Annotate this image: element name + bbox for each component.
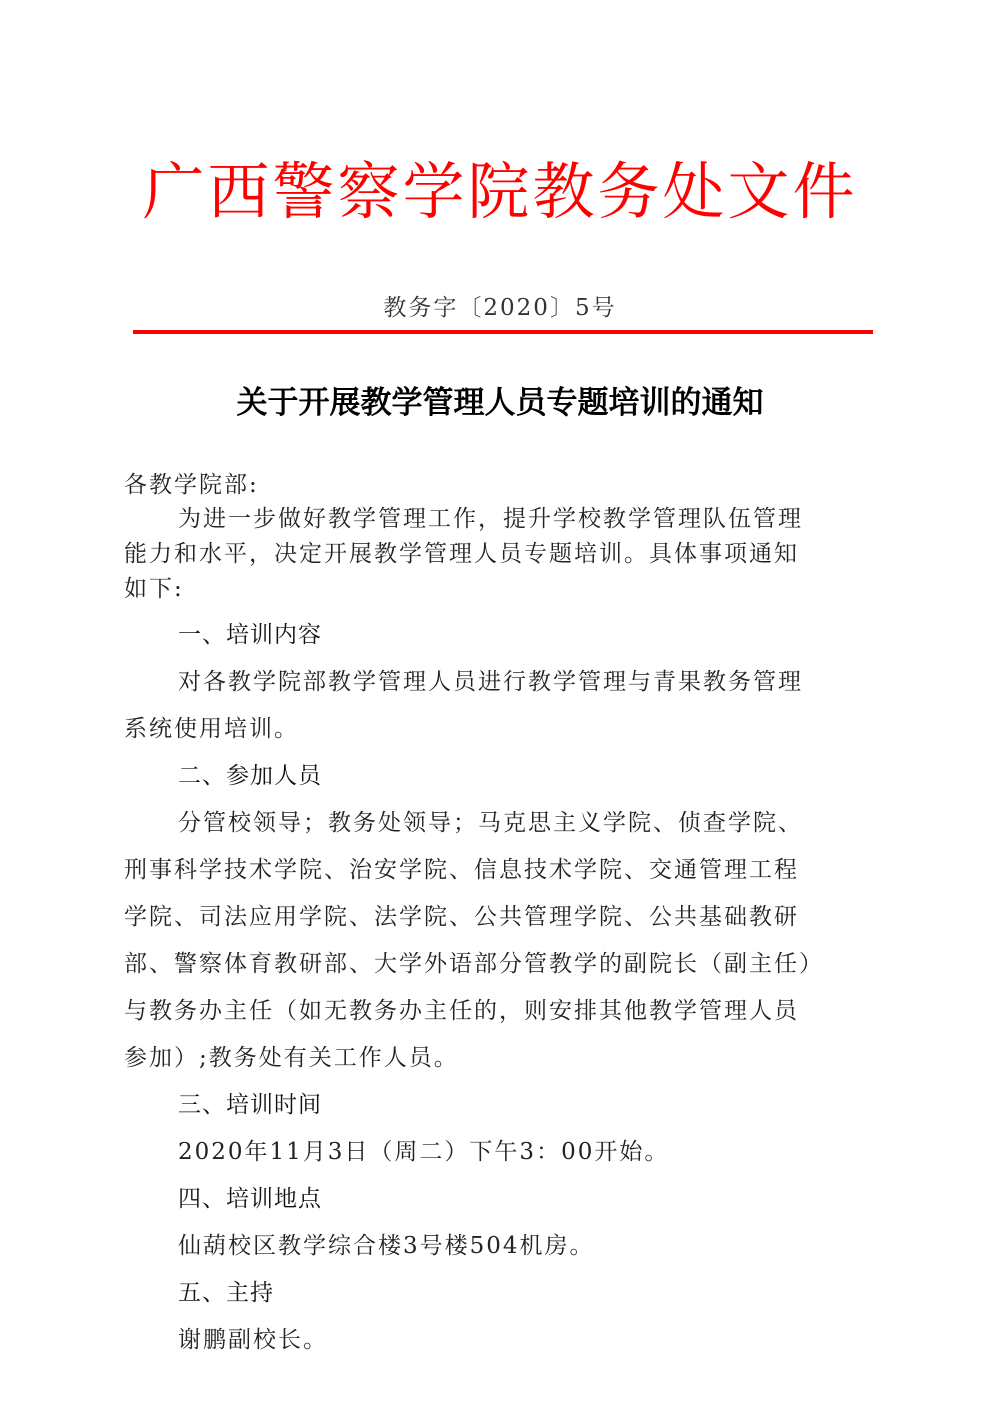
section-heading-time: 三、培训时间 <box>178 1087 322 1123</box>
section-line: 系统使用培训。 <box>124 711 854 747</box>
section-line: 分管校领导；教务处领导；马克思主义学院、侦查学院、 <box>178 805 908 841</box>
intro-line: 为进一步做好教学管理工作，提升学校教学管理队伍管理 <box>178 501 908 537</box>
document-page: 广西警察学院教务处文件 教务字〔2020〕5号 关于开展教学管理人员专题培训的通… <box>0 0 1000 1413</box>
section-line: 参加）;教务处有关工作人员。 <box>124 1040 854 1076</box>
section-line: 2020年11月3日（周二）下午3：00开始。 <box>178 1134 908 1170</box>
section-line: 对各教学院部教学管理人员进行教学管理与青果教务管理 <box>178 664 908 700</box>
document-masthead: 广西警察学院教务处文件 <box>120 150 880 234</box>
section-heading-location: 四、培训地点 <box>178 1181 322 1217</box>
salutation: 各教学院部: <box>124 467 854 503</box>
document-number: 教务字〔2020〕5号 <box>120 290 880 326</box>
section-heading-attendees: 二、参加人员 <box>178 758 322 794</box>
section-heading-content: 一、培训内容 <box>178 617 322 653</box>
red-divider-rule <box>133 330 873 334</box>
section-line: 谢鹏副校长。 <box>178 1322 908 1358</box>
section-line: 与教务办主任（如无教务办主任的，则安排其他教学管理人员 <box>124 993 854 1029</box>
section-line: 仙葫校区教学综合楼3号楼504机房。 <box>178 1228 908 1264</box>
section-line: 刑事科学技术学院、治安学院、信息技术学院、交通管理工程 <box>124 852 854 888</box>
section-line: 学院、司法应用学院、法学院、公共管理学院、公共基础教研 <box>124 899 854 935</box>
intro-line: 能力和水平，决定开展教学管理人员专题培训。具体事项通知 <box>124 536 854 572</box>
section-heading-host: 五、主持 <box>178 1275 274 1311</box>
section-line: 部、警察体育教研部、大学外语部分管教学的副院长（副主任） <box>124 946 854 982</box>
intro-line: 如下: <box>124 571 854 607</box>
document-title: 关于开展教学管理人员专题培训的通知 <box>120 378 880 428</box>
